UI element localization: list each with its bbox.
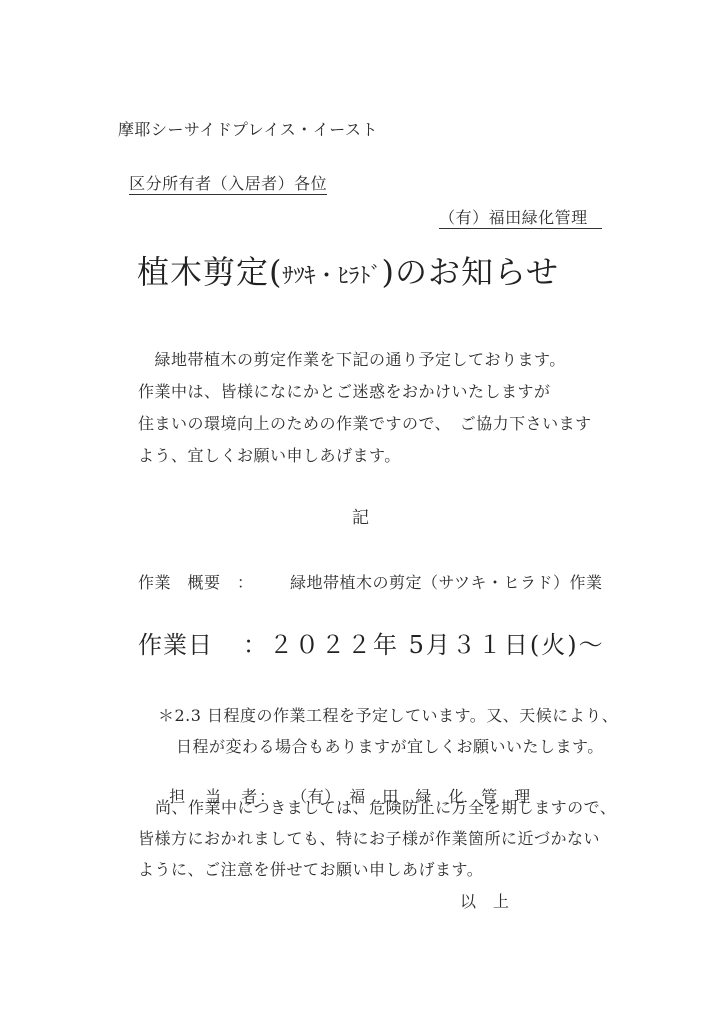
recipient-group: 区分所有者（入居者）各位 bbox=[129, 174, 327, 195]
sender-name: （有）福田緑化管理 bbox=[439, 208, 602, 229]
closing-line-1: 尚、作業中につきましては、危険防止に万全を期しますので、 bbox=[155, 798, 616, 818]
overview-value: 緑地帯植木の剪定（サツキ・ヒラド）作業 bbox=[290, 573, 603, 593]
workday-label: 作業日 bbox=[138, 631, 213, 659]
overview-label: 作業 概要 ： bbox=[138, 573, 254, 593]
workday: 作業日：２０２２年 5月３１日(火)～ bbox=[138, 630, 605, 660]
closing-line-3: ように、ご注意を併せてお願い申しあげます。 bbox=[138, 860, 483, 880]
intro-line-2: 作業中は、皆様になにかとご迷惑をおかけいたしますが bbox=[138, 382, 551, 402]
closing-line-2: 皆様方におかれましても、特にお子様が作業箇所に近づかない bbox=[138, 829, 600, 849]
title-paren-content: ｻﾂｷ・ﾋﾗﾄﾞ bbox=[283, 264, 382, 289]
recipient-building: 摩耶シーサイドプレイス・イースト bbox=[118, 120, 378, 140]
schedule-note-line-1: ＊2.3 日程度の作業工程を予定しています。又、天候により、 bbox=[158, 706, 618, 726]
title-paren-close: ) bbox=[382, 253, 395, 291]
title-main: 植木剪定 bbox=[137, 253, 269, 291]
workday-value: ：２０２２年 5月３１日(火)～ bbox=[243, 631, 605, 659]
page-title: 植木剪定(ｻﾂｷ・ﾋﾗﾄﾞ)のお知らせ bbox=[137, 252, 559, 297]
end-mark: 以 上 bbox=[460, 892, 510, 912]
record-heading: 記 bbox=[352, 508, 369, 528]
intro-line-3: 住まいの環境向上のための作業ですので、 ご協力下さいます bbox=[138, 414, 592, 434]
title-paren-open: ( bbox=[269, 253, 282, 291]
intro-line-4: よう、宜しくお願い申しあげます。 bbox=[138, 446, 401, 466]
title-suffix: のお知らせ bbox=[395, 253, 559, 291]
intro-line-1: 緑地帯植木の剪定作業を下記の通り予定しております。 bbox=[138, 350, 566, 370]
schedule-note-line-2: 日程が変わる場合もありますが宜しくお願いいたします。 bbox=[176, 737, 604, 757]
